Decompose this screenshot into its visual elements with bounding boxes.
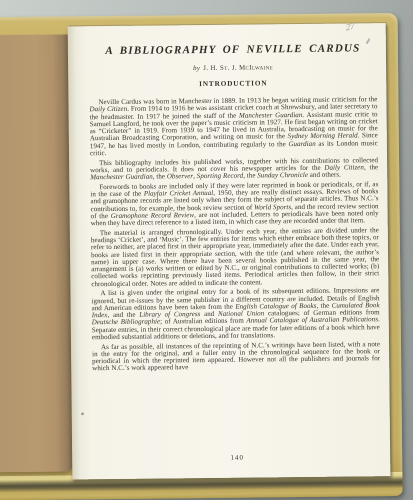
- section-heading: INTRODUCTION: [89, 78, 377, 89]
- pencil-annotation: 27: [345, 20, 355, 32]
- paragraph: A list is given under the original entry…: [91, 287, 380, 341]
- margin-pencil-mark: *: [81, 410, 85, 419]
- photo-of-open-book: 27 A BIBLIOGRAPHY OF NEVILLE CARDUS byJ.…: [0, 0, 413, 500]
- byline-author-name: J. H. St. J. McIlwaine: [203, 64, 273, 72]
- paragraph: Forewords to books are included only if …: [90, 181, 378, 228]
- printed-page: 27 A BIBLIOGRAPHY OF NEVILLE CARDUS byJ.…: [68, 23, 391, 479]
- paragraph: Neville Cardus was born in Manchester in…: [89, 96, 378, 157]
- body-text: Neville Cardus was born in Manchester in…: [89, 96, 380, 373]
- byline-prefix: by: [193, 65, 200, 72]
- book: 27 A BIBLIOGRAPHY OF NEVILLE CARDUS byJ.…: [0, 0, 413, 500]
- page-title: A BIBLIOGRAPHY OF NEVILLE CARDUS: [89, 42, 377, 57]
- paragraph: As far as possible, all instances of the…: [92, 341, 380, 373]
- paragraph: The material is arranged chronologically…: [91, 227, 380, 288]
- facing-page: [0, 34, 74, 472]
- page-number: 140: [84, 452, 390, 463]
- paragraph: This bibliography includes his published…: [90, 157, 378, 182]
- byline: byJ. H. St. J. McIlwaine: [89, 63, 377, 73]
